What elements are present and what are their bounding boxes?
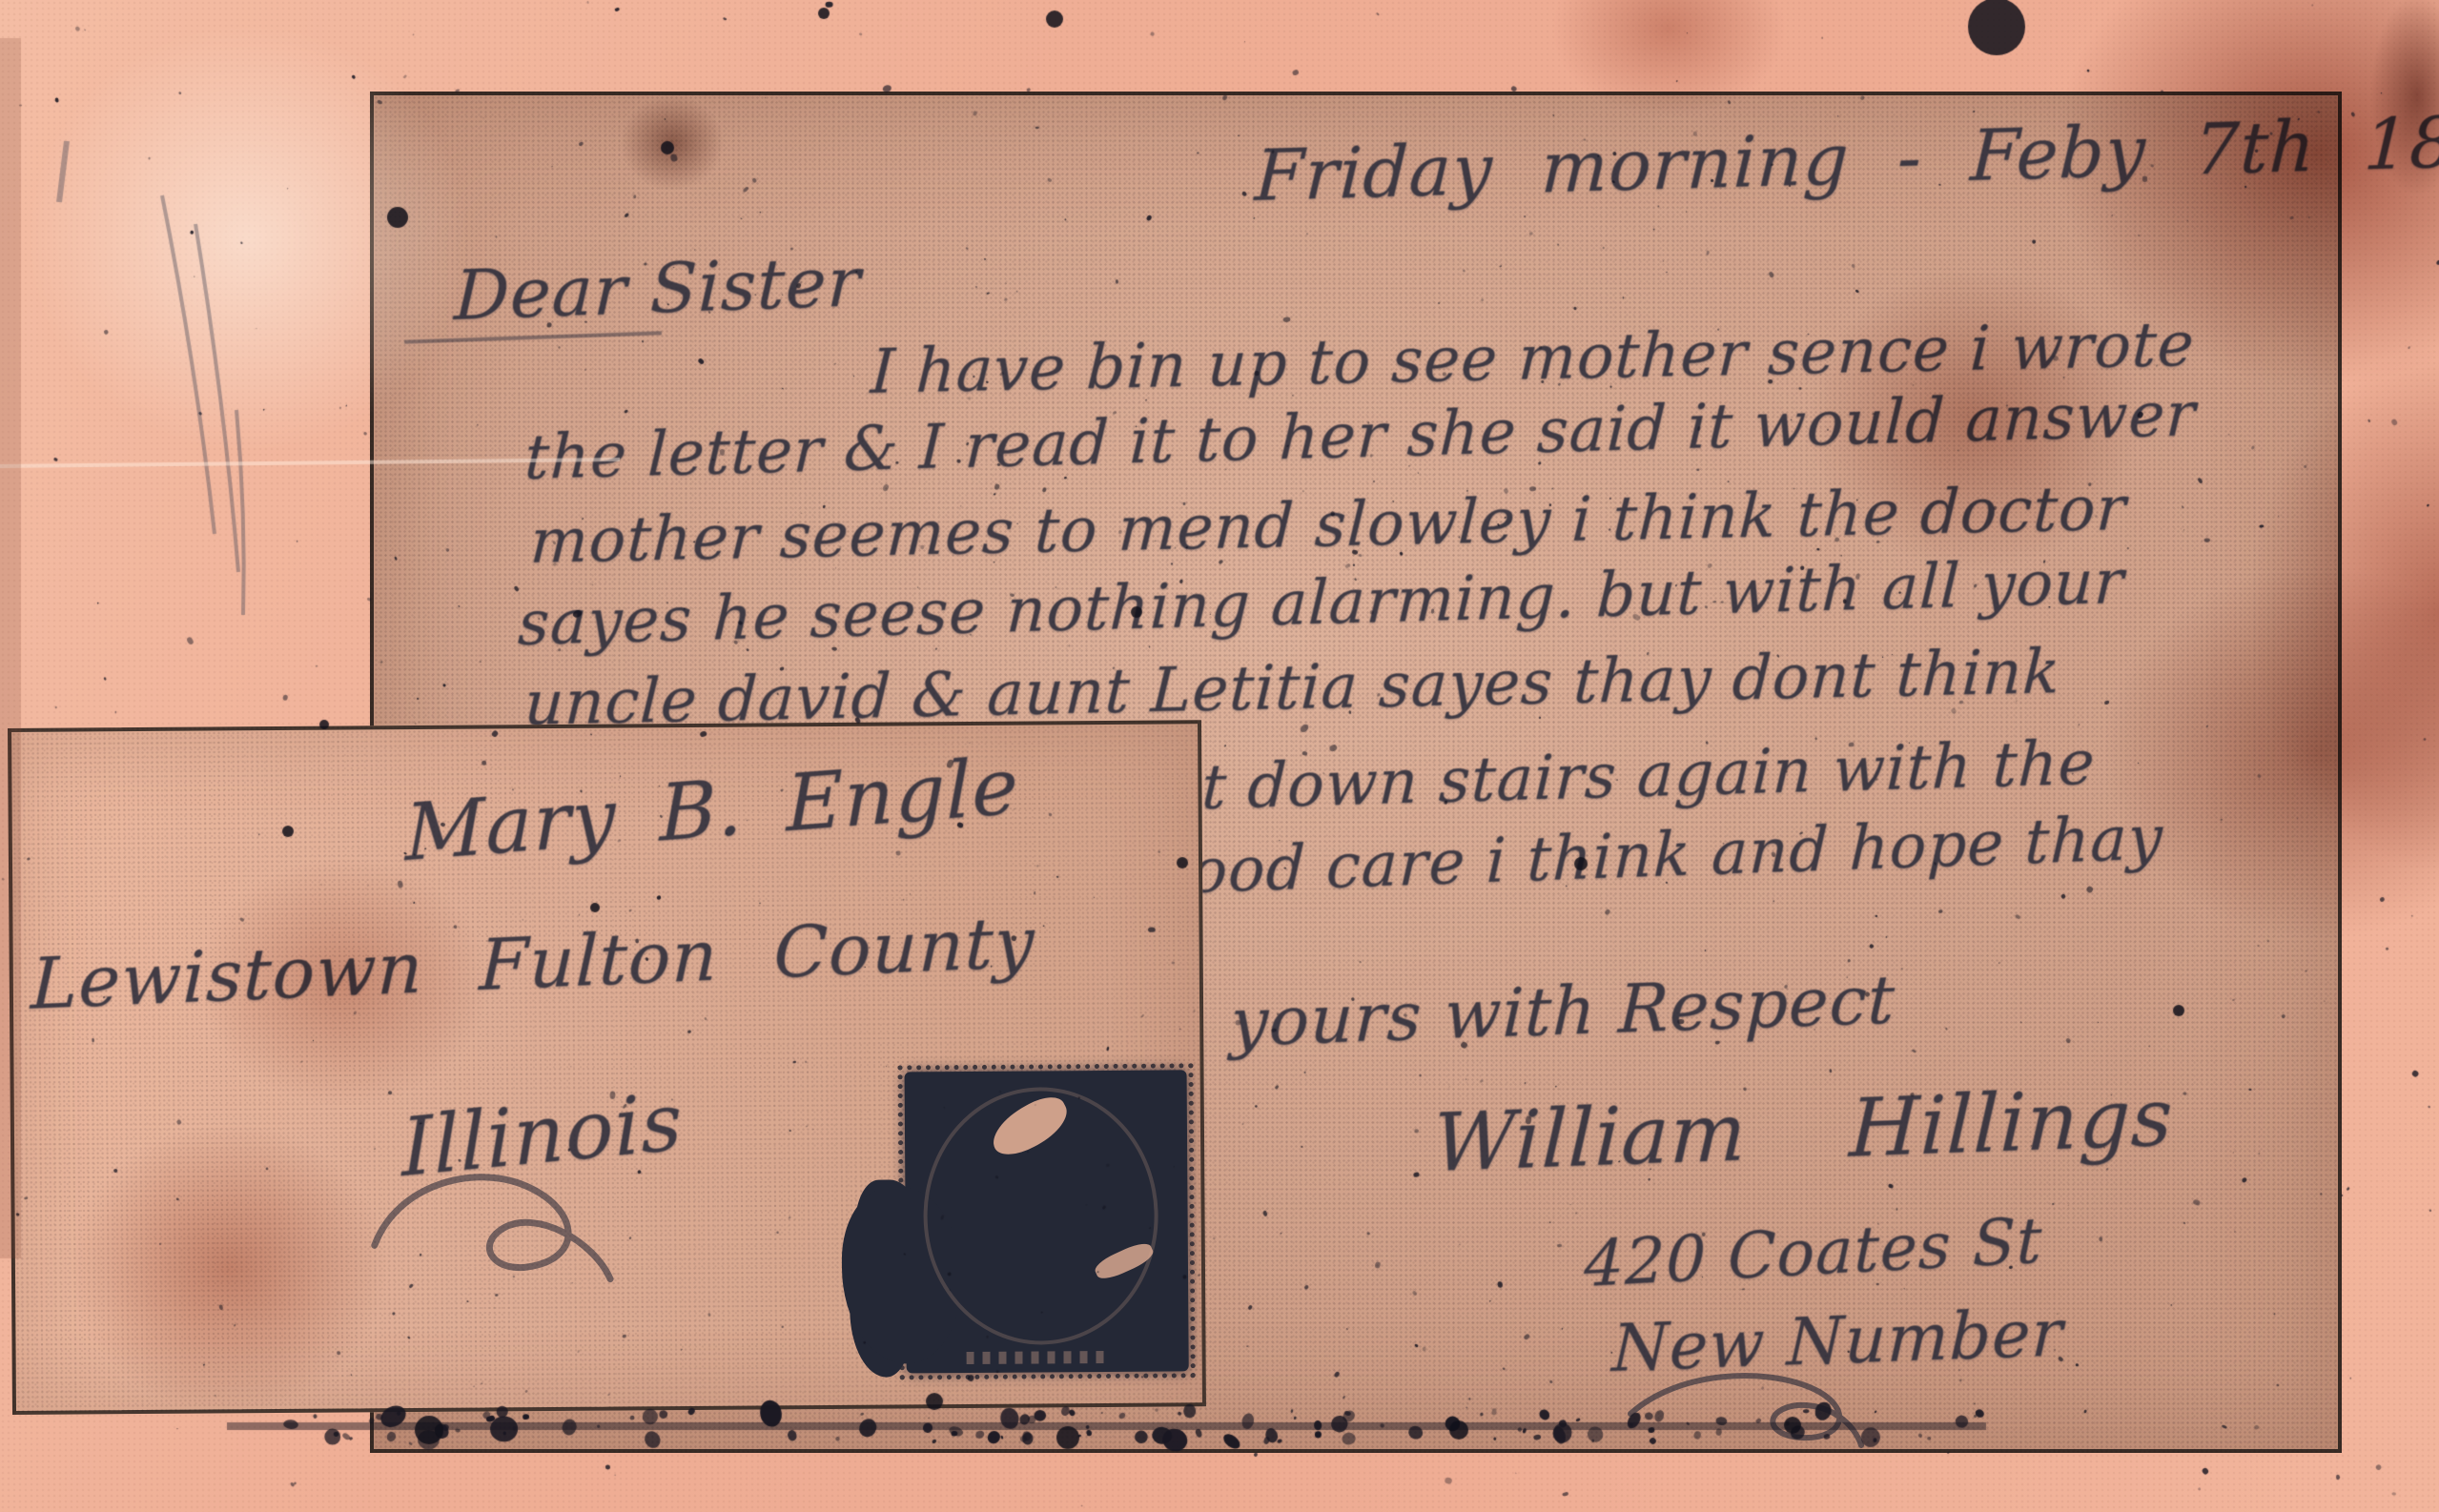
recipient-address-line: Lewistown Fulton County [30,902,1035,1026]
pen-flourish-icon [1621,1361,1869,1457]
scanned-letter-page: Friday morning - Feby 7th 1862 Dear Sist… [0,0,2439,1512]
envelope: Mary B. Engle Lewistown Fulton County Il… [8,720,1206,1415]
stain-overlay [2355,0,2439,229]
stamp-lettering [967,1351,1110,1364]
recipient-name: Mary B. Engle [404,742,1019,880]
postage-stamp [897,1063,1195,1379]
pen-flourish-icon [359,1153,627,1297]
